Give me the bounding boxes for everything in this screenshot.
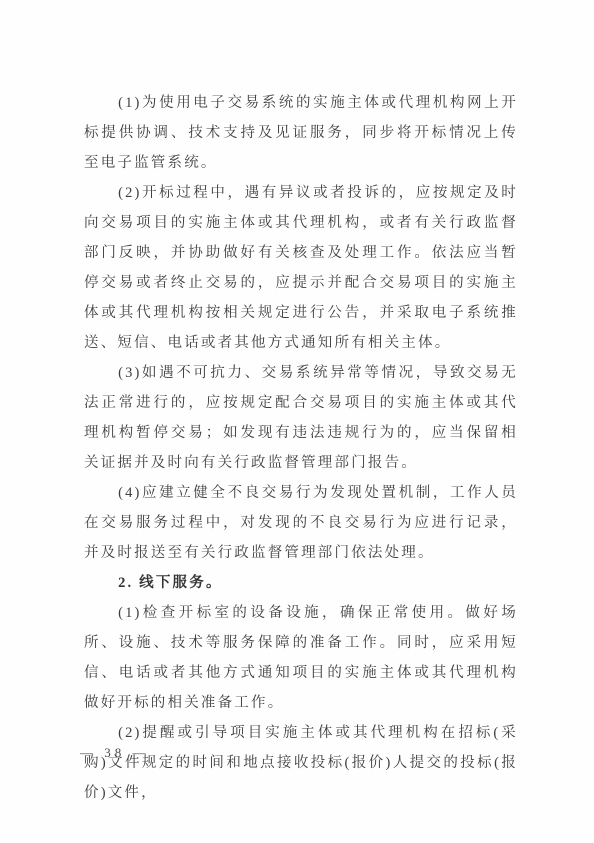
section-heading-offline-services: 2. 线下服务。 — [84, 568, 518, 598]
paragraph-offline-1: (1)检查开标室的设备设施，确保正常使用。做好场所、设施、技术等服务保障的准备工… — [84, 598, 518, 718]
paragraph-offline-2: (2)提醒或引导项目实施主体或其代理机构在招标(采购)文件规定的时间和地点接收投… — [84, 718, 518, 808]
document-page: (1)为使用电子交易系统的实施主体或代理机构网上开标提供协调、技术支持及见证服务… — [0, 0, 594, 843]
page-number: — 38 — — [80, 744, 150, 762]
paragraph-online-4: (4)应建立健全不良交易行为发现处置机制，工作人员在交易服务过程中，对发现的不良… — [84, 478, 518, 568]
paragraph-online-2: (2)开标过程中，遇有异议或者投诉的，应按规定及时向交易项目的实施主体或其代理机… — [84, 178, 518, 358]
document-body: (1)为使用电子交易系统的实施主体或代理机构网上开标提供协调、技术支持及见证服务… — [84, 88, 518, 808]
paragraph-online-3: (3)如遇不可抗力、交易系统异常等情况，导致交易无法正常进行的，应按规定配合交易… — [84, 358, 518, 478]
paragraph-online-1: (1)为使用电子交易系统的实施主体或代理机构网上开标提供协调、技术支持及见证服务… — [84, 88, 518, 178]
